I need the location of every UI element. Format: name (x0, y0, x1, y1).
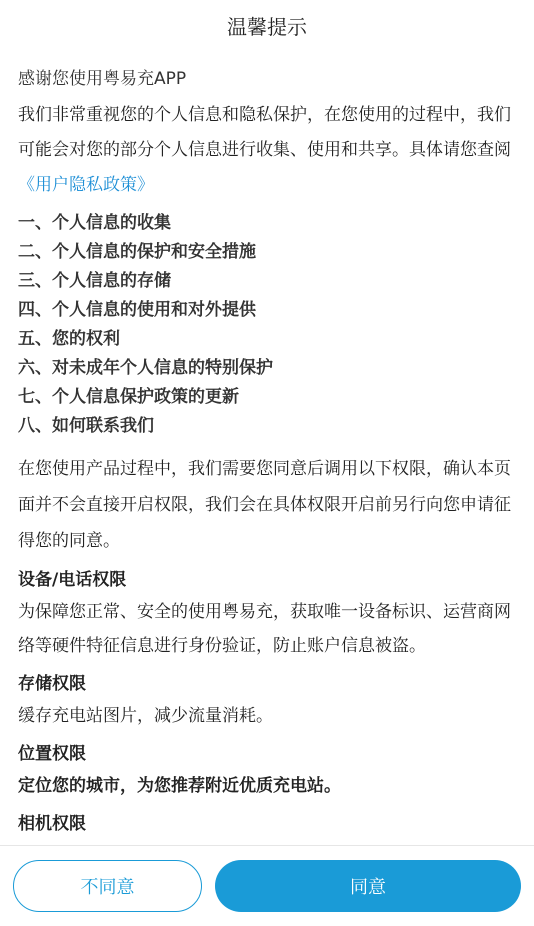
dialog-title: 温馨提示 (0, 12, 534, 42)
agree-button[interactable]: 同意 (215, 860, 521, 912)
permission-description: 缓存充电站图片，减少流量消耗。 (18, 699, 522, 733)
privacy-dialog: 温馨提示 感谢您使用粤易充APP 我们非常重视您的个人信息和隐私保护，在您使用的… (0, 0, 534, 926)
toc-item: 三、个人信息的存储 (18, 267, 522, 296)
intro-text: 我们非常重视您的个人信息和隐私保护，在您使用的过程中，我们可能会对您的部分个人信… (18, 105, 511, 160)
thanks-text: 感谢您使用粤易充APP (18, 64, 522, 94)
privacy-policy-link[interactable]: 《用户隐私政策》 (18, 175, 154, 195)
intro-paragraph: 我们非常重视您的个人信息和隐私保护，在您使用的过程中，我们可能会对您的部分个人信… (18, 98, 522, 203)
toc-item: 七、个人信息保护政策的更新 (18, 383, 522, 412)
toc-item: 四、个人信息的使用和对外提供 (18, 296, 522, 325)
toc-item: 八、如何联系我们 (18, 412, 522, 441)
permission-title: 设备/电话权限 (18, 565, 522, 595)
permission-description: 为保障您正常、安全的使用粤易充，获取唯一设备标识、运营商网络等硬件特征信息进行身… (18, 595, 522, 663)
toc-item: 六、对未成年个人信息的特别保护 (18, 354, 522, 383)
disagree-button[interactable]: 不同意 (13, 860, 202, 912)
permission-intro: 在您使用产品过程中，我们需要您同意后调用以下权限，确认本页面并不会直接开启权限，… (18, 451, 522, 559)
permission-device-phone: 设备/电话权限 为保障您正常、安全的使用粤易充，获取唯一设备标识、运营商网络等硬… (18, 565, 522, 663)
permission-location: 位置权限 定位您的城市，为您推荐附近优质充电站。 (18, 739, 522, 803)
toc-item: 五、您的权利 (18, 325, 522, 354)
permission-title: 存储权限 (18, 669, 522, 699)
permission-description: 定位您的城市，为您推荐附近优质充电站。 (18, 769, 522, 803)
policy-toc-list: 一、个人信息的收集 二、个人信息的保护和安全措施 三、个人信息的存储 四、个人信… (18, 209, 522, 441)
permission-storage: 存储权限 缓存充电站图片，减少流量消耗。 (18, 669, 522, 733)
permission-camera: 相机权限 用于扫描充电桩二维码，启动充电。 (18, 809, 522, 846)
toc-item: 二、个人信息的保护和安全措施 (18, 238, 522, 267)
toc-item: 一、个人信息的收集 (18, 209, 522, 238)
dialog-content-scroll[interactable]: 感谢您使用粤易充APP 我们非常重视您的个人信息和隐私保护，在您使用的过程中，我… (18, 64, 522, 846)
permission-title: 相机权限 (18, 809, 522, 839)
dialog-footer: 不同意 同意 (0, 845, 534, 926)
permission-title: 位置权限 (18, 739, 522, 769)
